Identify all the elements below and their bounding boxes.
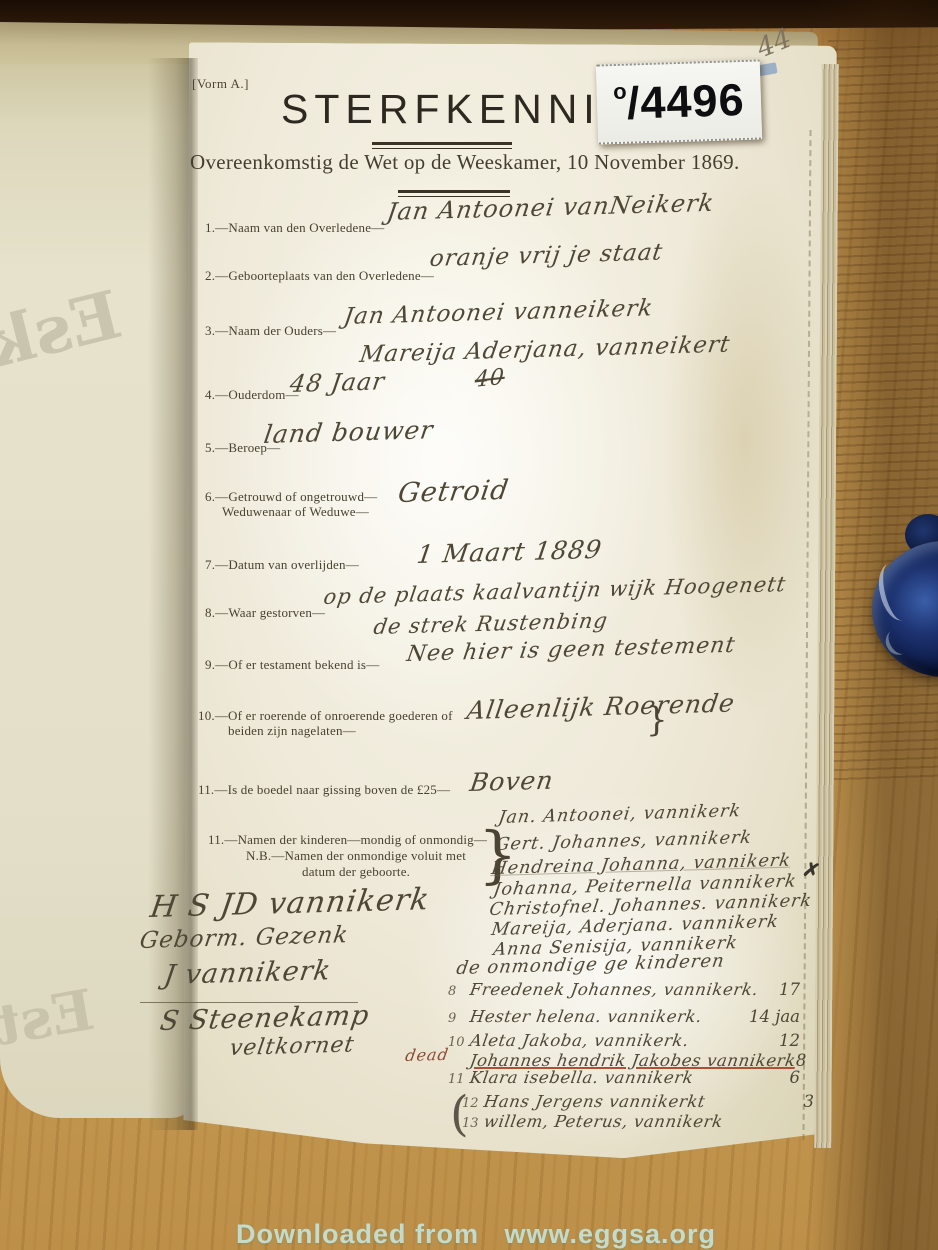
watermark-left: Downloaded from — [236, 1219, 479, 1250]
field-label-naam-ouders: 3.—Naam der Ouders— — [205, 323, 336, 339]
minor-name: Aleta Jakoba, vannikerk. — [468, 1031, 780, 1050]
field-value-datum-overlijden: 1 Maart 1889 — [415, 535, 604, 569]
minor-num: 10 — [448, 1035, 470, 1050]
field-value-getrouwd: Getroid — [396, 475, 511, 509]
minor-age: 6 — [790, 1068, 801, 1087]
field-label-ouderdom: 4.—Ouderdom— — [205, 387, 299, 403]
minor-child-row: 12 Hans Jergens vannikerkt 3 — [462, 1092, 814, 1111]
signature-line3: J vannikerk — [162, 955, 333, 991]
minor-child-row: 13 willem, Peterus, vannikerk — [462, 1112, 814, 1131]
form-code: [Vorm A.] — [192, 76, 249, 92]
minor-age: 12 — [779, 1031, 800, 1050]
field-value-boedel: Boven — [468, 766, 556, 797]
watermark-right: www.eggsa.org — [504, 1219, 716, 1250]
sticker-small-o: o — [613, 79, 627, 105]
field-label-kinderen-line1: 11.—Namen der kinderen—mondig of onmondi… — [208, 832, 487, 848]
field-label-kinderen-line2: N.B.—Namen der onmondige voluit met — [246, 848, 466, 864]
field-label-goederen-line1: 10.—Of er roerende of onroerende goedere… — [198, 708, 453, 724]
signature-line5: veltkornet — [228, 1032, 356, 1061]
minor-num: 11 — [448, 1072, 470, 1087]
field-label-datum-overlijden: 7.—Datum van overlijden— — [205, 557, 359, 573]
watermark: Downloaded from www.eggsa.org — [236, 1219, 716, 1250]
minor-child-row: 8 Freedenek Johannes, vannikerk. 17 — [448, 980, 800, 999]
document-subtitle: Overeenkomstig de Wet op de Weeskamer, 1… — [190, 150, 740, 175]
signature-line4: S Steenekamp — [158, 1000, 372, 1037]
field-label-testament: 9.—Of er testament bekend is— — [205, 657, 379, 673]
field-label-goederen-line2: beiden zijn nagelaten— — [228, 723, 356, 739]
crossed-out-age: 40 — [474, 365, 506, 393]
title-rule — [372, 142, 512, 149]
reference-number-sticker: o/4496 — [596, 59, 762, 144]
field-value-beroep: land bouwer — [262, 415, 436, 449]
minor-age: 14 jaa — [749, 1007, 800, 1026]
field-label-naam-overledene: 1.—Naam van den Overledene— — [205, 220, 384, 236]
minor-num: 12 — [462, 1096, 484, 1111]
minor-name: Klara isebella. vannikerk — [468, 1068, 791, 1087]
field-label-kinderen-line3: datum der geboorte. — [302, 864, 410, 880]
minor-num: 8 — [448, 984, 470, 999]
minor-age: 17 — [779, 980, 800, 999]
field-label-boedel: 11.—Is de boedel naar gissing boven de £… — [198, 782, 450, 798]
minor-child-row: 9 Hester helena. vannikerk. 14 jaa — [448, 1007, 800, 1026]
minor-child-row: 10 Aleta Jakoba, vannikerk. 12 — [448, 1031, 800, 1050]
field-label-getrouwd-line1: 6.—Getrouwd of ongetrouwd— — [205, 489, 377, 505]
minor-num: 13 — [462, 1116, 484, 1131]
field-label-getrouwd-line2: Weduwenaar of Weduwe— — [222, 504, 369, 520]
minor-age: 3 — [804, 1092, 815, 1111]
field-label-geboorteplaats: 2.—Geboorteplaats van den Overledene— — [205, 268, 434, 284]
margin-note-dead: dead — [404, 1045, 450, 1065]
minor-name: Hester helena. vannikerk. — [468, 1007, 750, 1026]
minor-num: 9 — [448, 1011, 470, 1026]
field-label-waar-gestorven: 8.—Waar gestorven— — [205, 605, 325, 621]
photo-of-sterfkennis-document: Esk Est [Vorm A.] STERFKENNIS. Overeenko… — [0, 0, 938, 1250]
field-value-ouderdom: 48 Jaar — [288, 367, 387, 398]
minor-name: willem, Peterus, vannikerk — [482, 1112, 815, 1131]
sticker-number: /4496 — [626, 74, 745, 130]
minor-name: Hans Jergens vannikerkt — [482, 1092, 805, 1111]
minor-child-row: 11 Klara isebella. vannikerk 6 — [448, 1068, 800, 1087]
minor-name: Freedenek Johannes, vannikerk. — [468, 980, 780, 999]
